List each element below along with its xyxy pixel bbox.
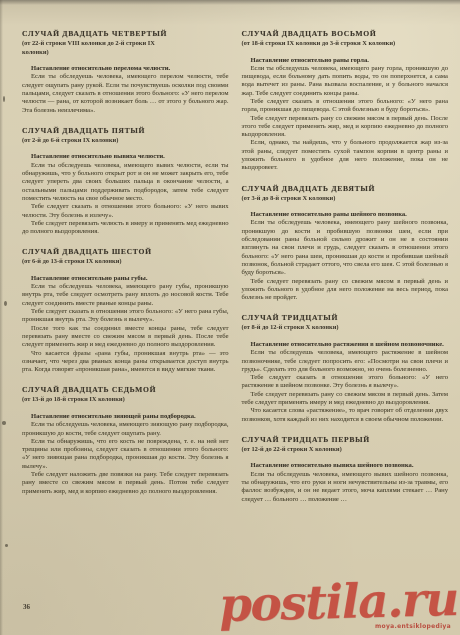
case-31-source-ref: (от 12-й до 22-й строки X колонки)	[242, 446, 400, 455]
case-26-section: СЛУЧАЙ ДВАДЦАТЬ ШЕСТОЙ (от 6-й до 13-й с…	[22, 247, 229, 374]
right-column: СЛУЧАЙ ДВАДЦАТЬ ВОСЬМОЙ (от 18-й строки …	[242, 29, 449, 504]
case-30-paragraph: Тебе следует сказать в отношении этого б…	[242, 374, 449, 391]
case-25-paragraph: Тебе следует перевязать челюсть в имеру …	[22, 220, 229, 237]
case-24-source-ref: (от 22-й строки VIII колонки до 2-й стро…	[22, 40, 180, 57]
case-29-section: СЛУЧАЙ ДВАДЦАТЬ ДЕВЯТЫЙ (от 3-й до 8-й с…	[242, 184, 449, 303]
case-30-lead: Наставление относительно растяжения в ше…	[242, 341, 449, 349]
case-27-source-ref: (от 13-й до 18-й строки IX колонки)	[22, 396, 180, 405]
case-30-paragraph: Если ты обследуешь человека, имеющего ра…	[242, 349, 449, 374]
case-26-lead: Наставление относительно раны губы.	[22, 275, 229, 283]
case-30-paragraph: Что касается слова «растяжение», то врач…	[242, 407, 449, 424]
case-26-paragraph: После того как ты соединил вместе концы …	[22, 325, 229, 350]
postila-watermark: postila.ru	[219, 576, 459, 629]
case-26-source-ref: (от 6-й до 13-й строки IX колонки)	[22, 258, 180, 267]
left-column: СЛУЧАЙ ДВАДЦАТЬ ЧЕТВЕРТЫЙ (от 22-й строк…	[22, 29, 229, 504]
case-28-source-ref: (от 18-й строки IX колонки до 3-й строки…	[242, 40, 400, 49]
case-28-paragraph: Если, однако, ты найдешь, что у больного…	[242, 139, 449, 172]
case-24-section: СЛУЧАЙ ДВАДЦАТЬ ЧЕТВЕРТЫЙ (от 22-й строк…	[22, 29, 229, 115]
watermark-subtext: moya.entsiklopediya	[375, 623, 451, 630]
case-30-title: СЛУЧАЙ ТРИДЦАТЫЙ	[242, 313, 449, 323]
case-28-section: СЛУЧАЙ ДВАДЦАТЬ ВОСЬМОЙ (от 18-й строки …	[242, 29, 449, 173]
case-31-lead: Наставление относительно вывиха шейного …	[242, 462, 449, 470]
scan-left-edge-shadow	[0, 0, 3, 635]
case-25-lead: Наставление относительно вывиха челюсти.	[22, 153, 229, 161]
case-30-section: СЛУЧАЙ ТРИДЦАТЫЙ (от 8-й до 12-й строки …	[242, 313, 449, 423]
case-28-lead: Наставление относительно раны горла.	[242, 57, 449, 65]
case-25-paragraph: Тебе следует сказать в отношении этого б…	[22, 203, 229, 220]
case-29-paragraph: Тебе следует перевязать рану со свежим м…	[242, 278, 449, 303]
case-29-paragraph: Если ты обследуешь человека, имеющего ра…	[242, 219, 449, 277]
scan-artifact	[5, 544, 8, 547]
case-27-section: СЛУЧАЙ ДВАДЦАТЬ СЕДЬМОЙ (от 13-й до 18-й…	[22, 385, 229, 495]
case-27-paragraph: Если ты обнаружишь, что его кость не пов…	[22, 438, 229, 471]
case-30-source-ref: (от 8-й до 12-й строки X колонки)	[242, 324, 400, 333]
case-28-paragraph: Если ты обследуешь человека, имеющего ра…	[242, 65, 449, 98]
case-31-title: СЛУЧАЙ ТРИДЦАТЬ ПЕРВЫЙ	[242, 435, 449, 445]
case-26-paragraph: Что касается фразы «рана губы, проникшая…	[22, 350, 229, 375]
scan-artifact	[3, 96, 5, 102]
case-27-title: СЛУЧАЙ ДВАДЦАТЬ СЕДЬМОЙ	[22, 385, 229, 395]
case-25-title: СЛУЧАЙ ДВАДЦАТЬ ПЯТЫЙ	[22, 126, 229, 136]
case-29-title: СЛУЧАЙ ДВАДЦАТЬ ДЕВЯТЫЙ	[242, 184, 449, 194]
case-25-section: СЛУЧАЙ ДВАДЦАТЬ ПЯТЫЙ (от 2-й до 6-й стр…	[22, 126, 229, 236]
case-28-paragraph: Тебе следует сказать в отношении этого б…	[242, 98, 449, 115]
case-29-source-ref: (от 3-й до 8-й строки X колонки)	[242, 195, 400, 204]
scanned-book-page: СЛУЧАЙ ДВАДЦАТЬ ЧЕТВЕРТЫЙ (от 22-й строк…	[0, 0, 460, 635]
case-31-section: СЛУЧАЙ ТРИДЦАТЬ ПЕРВЫЙ (от 12-й до 22-й …	[242, 435, 449, 504]
case-28-paragraph: Тебе следует перевязать рану со свежим м…	[242, 115, 449, 140]
case-24-paragraph: Если ты обследуешь человека, имеющего пе…	[22, 73, 229, 114]
case-28-title: СЛУЧАЙ ДВАДЦАТЬ ВОСЬМОЙ	[242, 29, 449, 39]
case-26-title: СЛУЧАЙ ДВАДЦАТЬ ШЕСТОЙ	[22, 247, 229, 257]
case-25-source-ref: (от 2-й до 6-й строки IX колонки)	[22, 137, 180, 146]
case-24-title: СЛУЧАЙ ДВАДЦАТЬ ЧЕТВЕРТЫЙ	[22, 29, 229, 39]
case-26-paragraph: Тебе следует сказать в отношении этого б…	[22, 308, 229, 325]
scan-artifact	[2, 421, 6, 425]
case-30-paragraph: Тебе следует перевязать рану со свежим м…	[242, 391, 449, 408]
case-31-paragraph: Если ты обследуешь человека, имеющего вы…	[242, 471, 449, 504]
two-column-text-block: СЛУЧАЙ ДВАДЦАТЬ ЧЕТВЕРТЫЙ (от 22-й строк…	[0, 0, 460, 504]
case-27-lead: Наставление относительно зияющей раны по…	[22, 413, 229, 421]
scan-top-edge-shadow	[0, 0, 460, 5]
page-number: 36	[23, 603, 30, 611]
case-27-paragraph: Тебе следует наложить две повязки на ран…	[22, 471, 229, 496]
scan-artifact	[4, 301, 7, 306]
case-26-paragraph: Если ты обследуешь человека, имеющего ра…	[22, 283, 229, 308]
case-27-paragraph: Если ты обследуешь человека, имеющего зи…	[22, 421, 229, 438]
case-25-paragraph: Если ты обследуешь человека, имеющего вы…	[22, 162, 229, 203]
